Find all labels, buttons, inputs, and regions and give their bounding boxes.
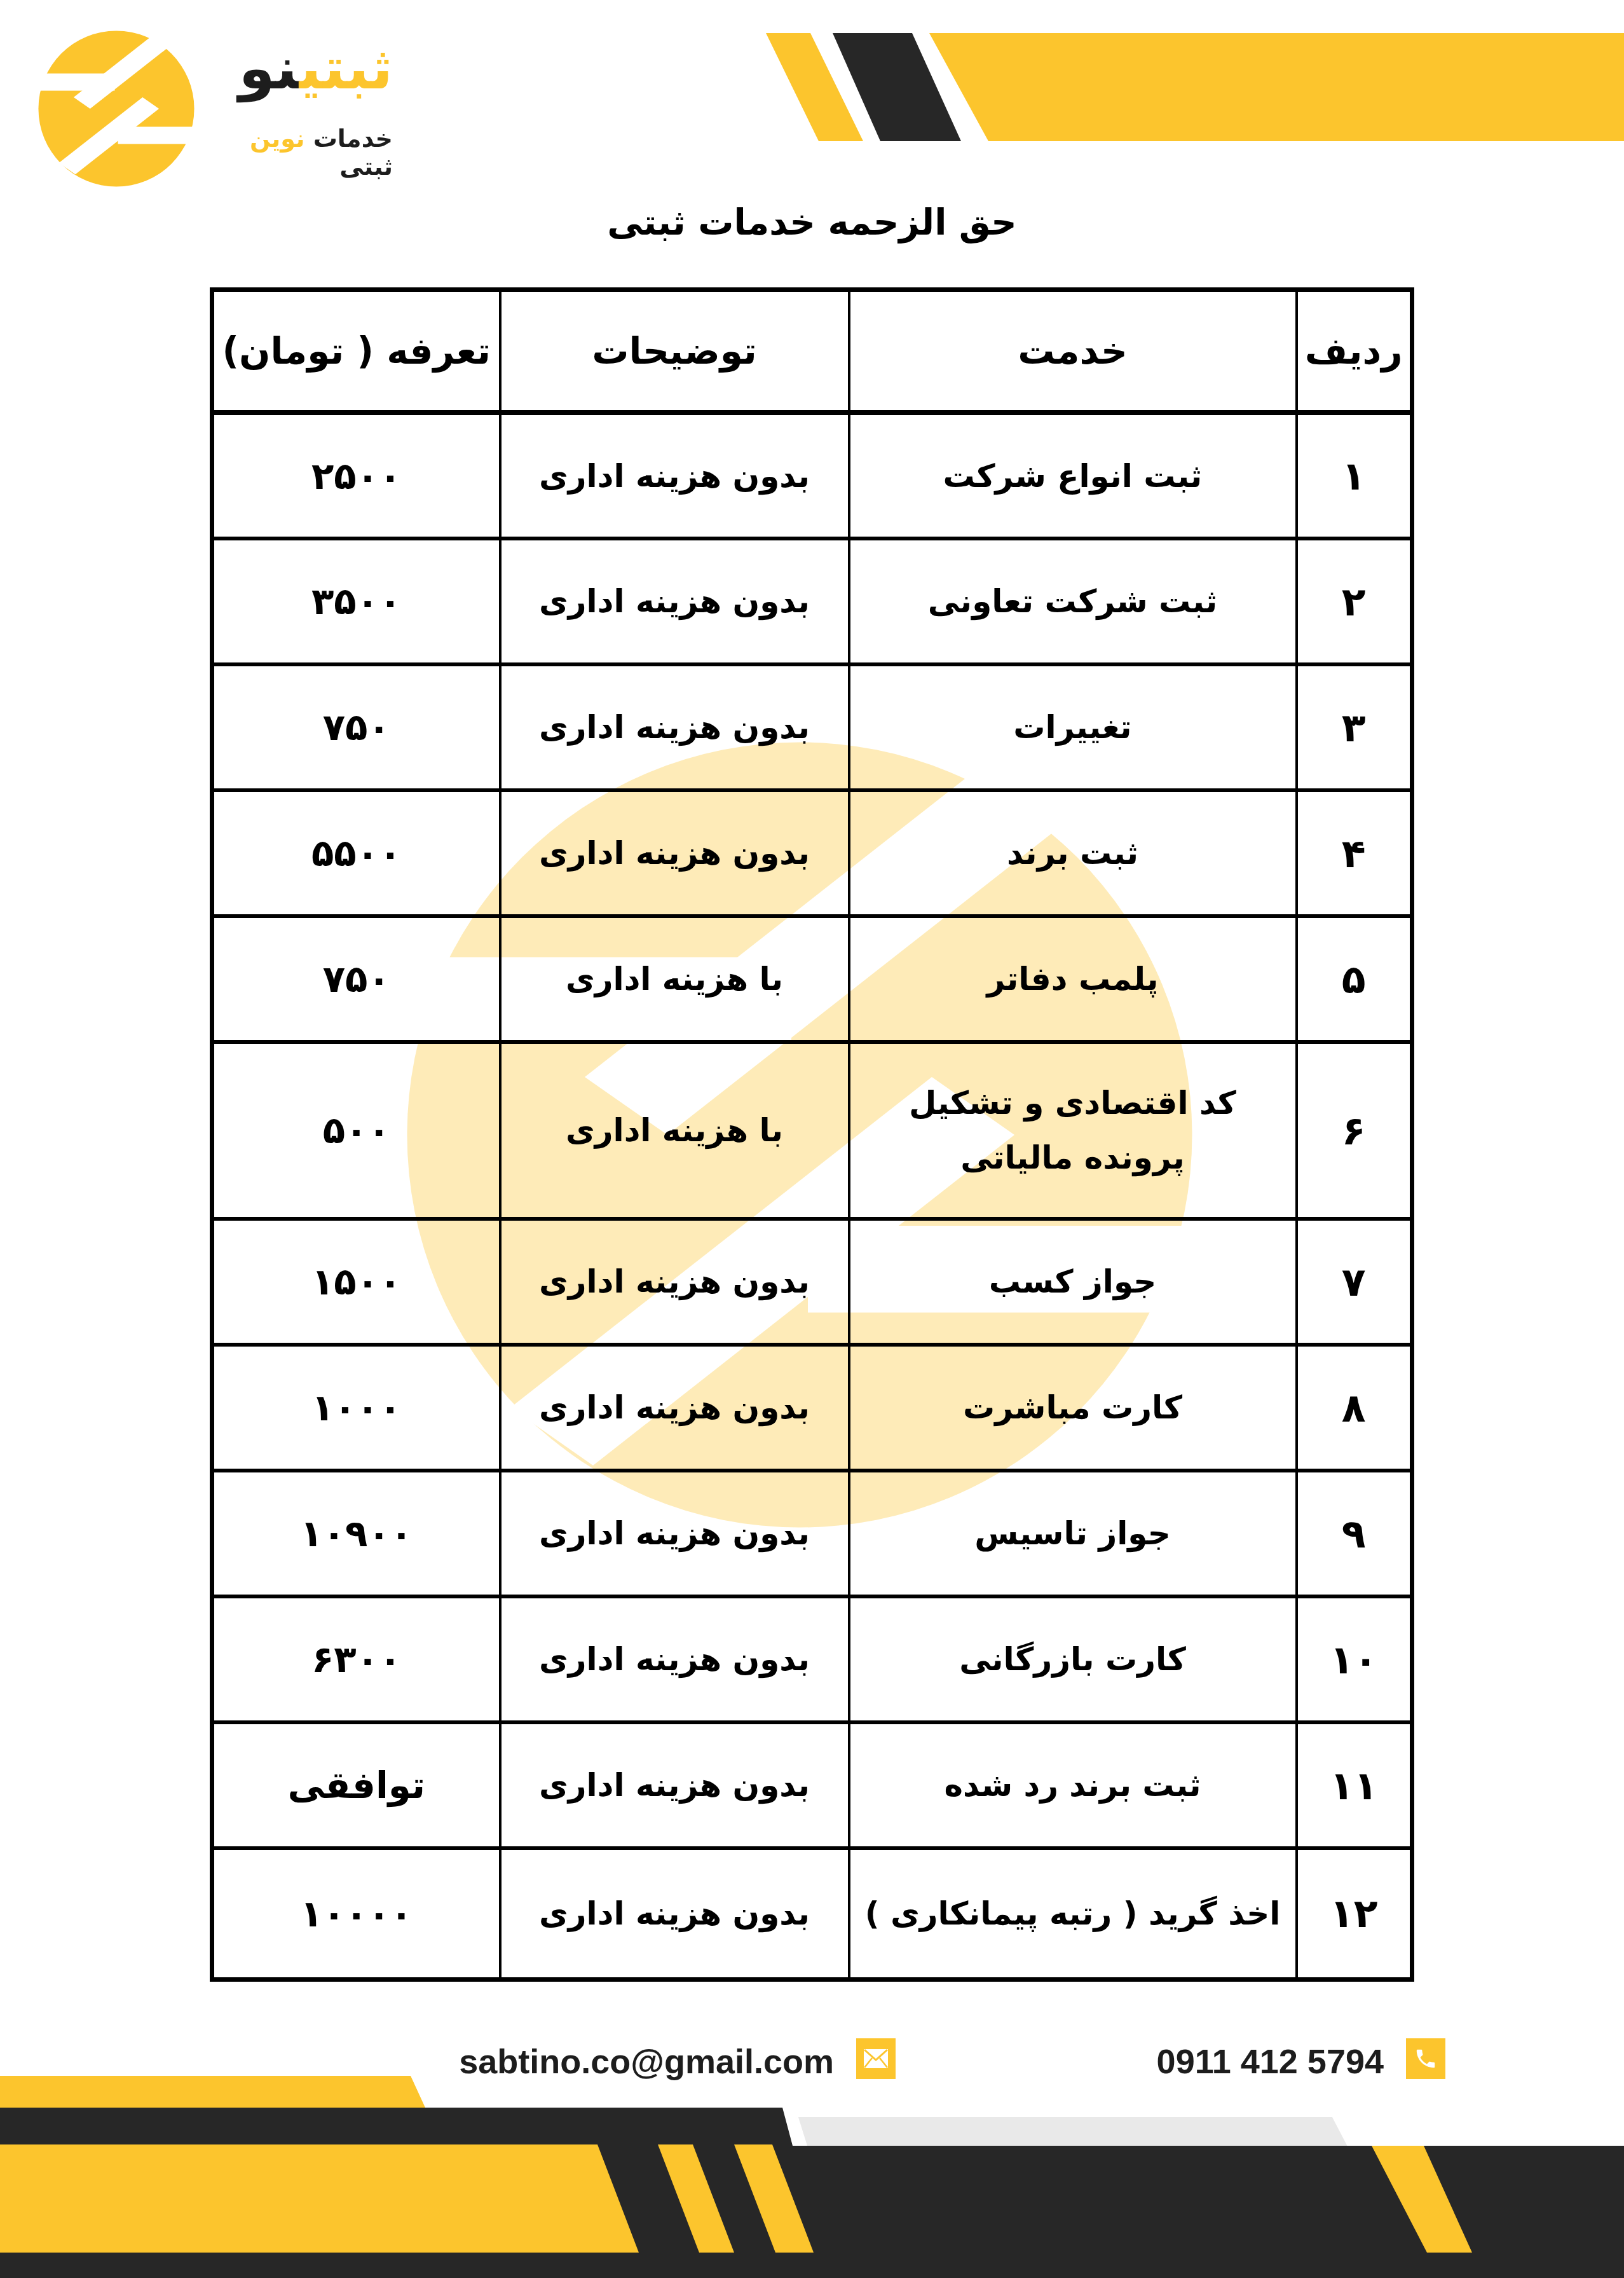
sabtino-logo-icon — [31, 27, 202, 191]
footer-yellow-band-big — [0, 2144, 639, 2253]
header-description: توضیحات — [500, 290, 849, 413]
cell-service: ثبت برند رد شده — [849, 1722, 1297, 1848]
cell-service: ثبت شرکت تعاونی — [849, 539, 1297, 664]
cell-service: پلمب دفاتر — [849, 916, 1297, 1042]
cell-tariff: ۳۵۰۰ — [212, 539, 500, 664]
tagline-part-1: خدمات — [304, 125, 393, 153]
cell-row-number: ۷ — [1297, 1219, 1412, 1345]
envelope-icon — [856, 2038, 896, 2079]
cell-tariff: ۷۵۰ — [212, 664, 500, 790]
cell-tariff: ۲۵۰۰ — [212, 413, 500, 539]
phone-icon — [1406, 2038, 1445, 2079]
cell-service: ثبت برند — [849, 790, 1297, 916]
cell-tariff: ۷۵۰ — [212, 916, 500, 1042]
page-title: حق الزحمه خدمات ثبتی — [0, 202, 1624, 244]
cell-service: ثبت انواع شرکت — [849, 413, 1297, 539]
cell-row-number: ۹ — [1297, 1471, 1412, 1596]
cell-description: بدون هزینه اداری — [500, 664, 849, 790]
footer-yellow-band-left — [0, 2076, 425, 2108]
table-row: ۳ تغییرات بدون هزینه اداری ۷۵۰ — [212, 664, 1412, 790]
cell-description: بدون هزینه اداری — [500, 539, 849, 664]
header-service: خدمت — [849, 290, 1297, 413]
table-row: ۱ ثبت انواع شرکت بدون هزینه اداری ۲۵۰۰ — [212, 413, 1412, 539]
header-tariff: تعرفه ( تومان) — [212, 290, 500, 413]
table-row: ۱۱ ثبت برند رد شده بدون هزینه اداری تواف… — [212, 1722, 1412, 1848]
table-row: ۴ ثبت برند بدون هزینه اداری ۵۵۰۰ — [212, 790, 1412, 916]
cell-tariff: ۱۰۰۰ — [212, 1345, 500, 1471]
table-row: ۱۰ کارت بازرگانی بدون هزینه اداری ۶۳۰۰ — [212, 1596, 1412, 1722]
cell-tariff: ۵۵۰۰ — [212, 790, 500, 916]
cell-tariff: ۶۳۰۰ — [212, 1596, 500, 1722]
cell-row-number: ۱۰ — [1297, 1596, 1412, 1722]
cell-service: جواز تاسیس — [849, 1471, 1297, 1596]
cell-tariff: ۱۵۰۰ — [212, 1219, 500, 1345]
brand-tagline: خدمات نوین ثبتی — [208, 125, 393, 181]
table-row: ۲ ثبت شرکت تعاونی بدون هزینه اداری ۳۵۰۰ — [212, 539, 1412, 664]
table-header-row: ردیف خدمت توضیحات تعرفه ( تومان) — [212, 290, 1412, 413]
cell-row-number: ۱ — [1297, 413, 1412, 539]
cell-service: کارت مباشرت — [849, 1345, 1297, 1471]
cell-service: کارت بازرگانی — [849, 1596, 1297, 1722]
cell-tariff: ۵۰۰ — [212, 1042, 500, 1219]
cell-description: بدون هزینه اداری — [500, 1848, 849, 1979]
tagline-part-2: ثبتی — [339, 153, 393, 181]
cell-description: بدون هزینه اداری — [500, 413, 849, 539]
cell-row-number: ۲ — [1297, 539, 1412, 664]
cell-service: تغییرات — [849, 664, 1297, 790]
brand-text: ثبتینو خدمات نوین ثبتی — [208, 31, 393, 181]
cell-service: کد اقتصادی و تشکیل پرونده مالیاتی — [849, 1042, 1297, 1219]
table-row: ۱۲ اخذ گرید ( رتبه پیمانکاری ) بدون هزین… — [212, 1848, 1412, 1979]
fees-table: ردیف خدمت توضیحات تعرفه ( تومان) ۱ ثبت ا… — [210, 287, 1414, 1982]
cell-tariff: ۱۰۹۰۰ — [212, 1471, 500, 1596]
cell-description: بدون هزینه اداری — [500, 1596, 849, 1722]
flyer-page: ثبتینو خدمات نوین ثبتی حق الزحمه خدمات ث… — [0, 0, 1624, 2278]
cell-row-number: ۴ — [1297, 790, 1412, 916]
cell-service: اخذ گرید ( رتبه پیمانکاری ) — [849, 1848, 1297, 1979]
cell-row-number: ۶ — [1297, 1042, 1412, 1219]
table-row: ۶ کد اقتصادی و تشکیل پرونده مالیاتی با ه… — [212, 1042, 1412, 1219]
cell-tariff: ۱۰۰۰۰ — [212, 1848, 500, 1979]
cell-description: بدون هزینه اداری — [500, 1471, 849, 1596]
cell-description: بدون هزینه اداری — [500, 1219, 849, 1345]
cell-description: با هزینه اداری — [500, 1042, 849, 1219]
cell-description: با هزینه اداری — [500, 916, 849, 1042]
cell-row-number: ۳ — [1297, 664, 1412, 790]
brand-name-black: نو — [239, 34, 299, 102]
table-row: ۷ جواز کسب بدون هزینه اداری ۱۵۰۰ — [212, 1219, 1412, 1345]
cell-tariff: توافقی — [212, 1722, 500, 1848]
contact-phone: 0911 412 5794 — [1157, 2042, 1384, 2082]
footer-black-band-left — [0, 2108, 793, 2146]
header-row-number: ردیف — [1297, 290, 1412, 413]
cell-description: بدون هزینه اداری — [500, 790, 849, 916]
table-row: ۹ جواز تاسیس بدون هزینه اداری ۱۰۹۰۰ — [212, 1471, 1412, 1596]
brand-name-yellow: ثبتی — [299, 34, 393, 102]
cell-row-number: ۱۲ — [1297, 1848, 1412, 1979]
top-yellow-band — [929, 33, 1624, 141]
brand-logo: ثبتینو خدمات نوین ثبتی — [31, 27, 386, 198]
tagline-part-highlight: نوین — [250, 125, 305, 153]
contact-email: sabtino.co@gmail.com — [459, 2042, 834, 2082]
cell-service: جواز کسب — [849, 1219, 1297, 1345]
cell-row-number: ۵ — [1297, 916, 1412, 1042]
cell-row-number: ۸ — [1297, 1345, 1412, 1471]
table-row: ۵ پلمب دفاتر با هزینه اداری ۷۵۰ — [212, 916, 1412, 1042]
brand-name: ثبتینو — [208, 31, 393, 107]
cell-row-number: ۱۱ — [1297, 1722, 1412, 1848]
cell-description: بدون هزینه اداری — [500, 1345, 849, 1471]
table-row: ۸ کارت مباشرت بدون هزینه اداری ۱۰۰۰ — [212, 1345, 1412, 1471]
cell-description: بدون هزینه اداری — [500, 1722, 849, 1848]
